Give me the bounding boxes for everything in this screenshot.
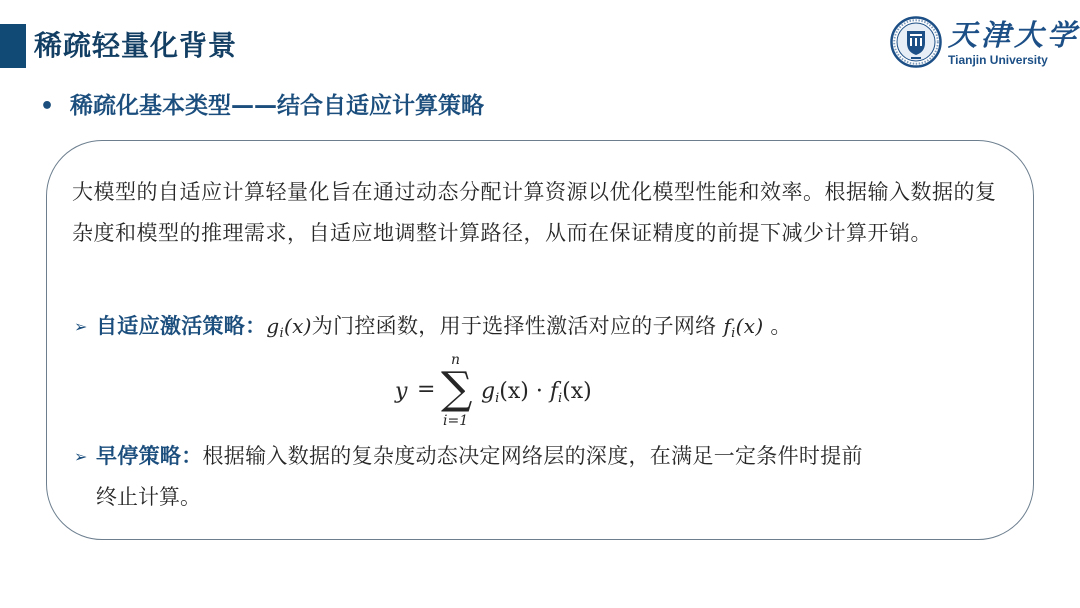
- formula-dot: ·: [529, 379, 550, 404]
- sum-formula: y = n ∑ i=1 gi(x) · fi(x): [395, 355, 635, 435]
- arrow-bullet-icon: ➢: [74, 436, 96, 477]
- item-text: 根据输入数据的复杂度动态决定网络层的深度，在满足一定条件时提前: [203, 444, 863, 468]
- slide-title: 稀疏轻量化背景: [34, 26, 237, 66]
- logo-chinese-name: 天津大学: [948, 18, 1080, 52]
- math-g: g: [266, 314, 279, 338]
- item-label: 自适应激活策略：: [96, 314, 266, 338]
- title-accent-bar: [0, 24, 26, 68]
- sigma-icon: ∑: [441, 367, 472, 411]
- formula-f: f: [550, 379, 558, 404]
- list-item-early-stopping: ➢早停策略：根据输入数据的复杂度动态决定网络层的深度，在满足一定条件时提前: [74, 436, 863, 477]
- item-text-continuation: 终止计算。: [96, 477, 201, 518]
- math-subnetwork: fi(x): [723, 314, 763, 338]
- item-text: 为门控函数，用于选择性激活对应的子网络: [312, 314, 724, 338]
- logo-english-name: Tianjin University: [948, 53, 1048, 67]
- formula-equals: =: [417, 377, 435, 402]
- university-seal-icon: [890, 16, 942, 68]
- formula-arg: (x): [562, 379, 592, 404]
- subtitle-text: 稀疏化基本类型——结合自适应计算策略: [70, 93, 484, 119]
- bullet-icon: •: [40, 87, 70, 127]
- formula-rhs: gi(x) · fi(x): [481, 379, 592, 406]
- formula-lower-limit: i=1: [443, 413, 468, 429]
- formula-g: g: [481, 379, 495, 404]
- formula-lhs: y: [395, 379, 407, 404]
- formula-arg: (x): [499, 379, 529, 404]
- section-subtitle: •稀疏化基本类型——结合自适应计算策略: [40, 86, 484, 127]
- math-arg: (x): [284, 314, 312, 338]
- item-label: 早停策略：: [96, 444, 203, 468]
- university-logo: 天津大学 Tianjin University: [890, 16, 1070, 72]
- math-arg: (x): [736, 314, 764, 338]
- arrow-bullet-icon: ➢: [74, 306, 96, 347]
- intro-paragraph: 大模型的自适应计算轻量化旨在通过动态分配计算资源以优化模型性能和效率。根据输入数…: [72, 172, 1012, 254]
- list-item-adaptive-activation: ➢自适应激活策略：gi(x)为门控函数，用于选择性激活对应的子网络 fi(x) …: [74, 306, 792, 354]
- item-text-end: 。: [763, 314, 791, 338]
- math-gate-function: gi(x): [266, 314, 311, 338]
